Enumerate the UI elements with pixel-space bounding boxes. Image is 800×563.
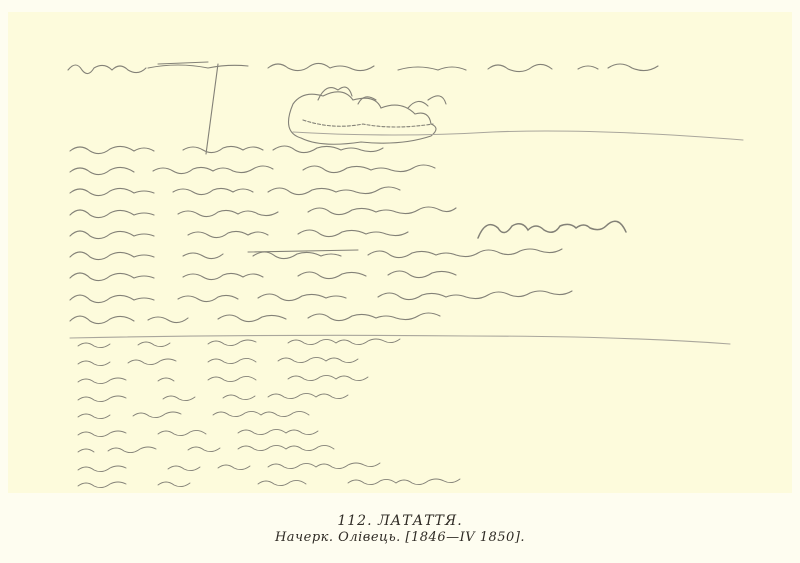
handwriting-and-sketch [8, 12, 792, 493]
plate-subtitle: Начерк. Олівець. [1846—IV 1850]. [0, 530, 800, 545]
plate-title: 112. ЛАТАТТЯ. [0, 513, 800, 529]
manuscript-sheet [8, 12, 792, 493]
